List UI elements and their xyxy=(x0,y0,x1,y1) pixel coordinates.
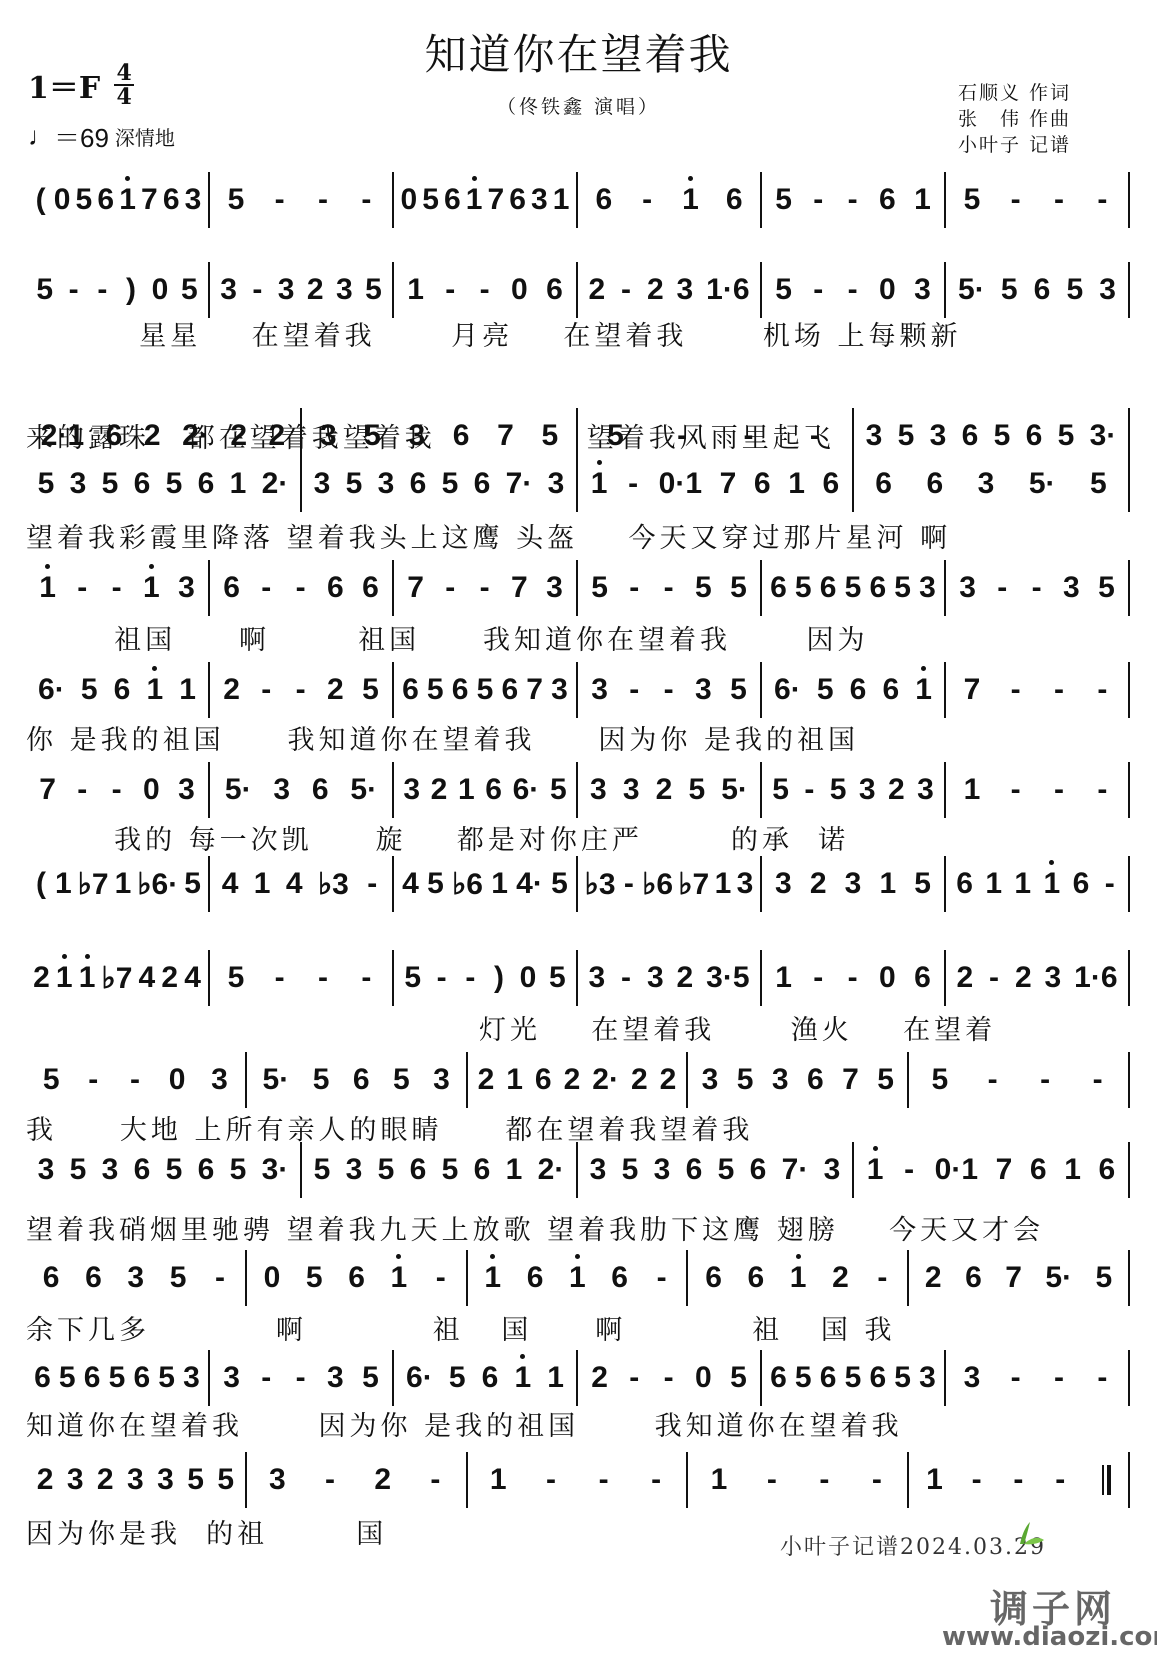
note: 7 xyxy=(996,1153,1013,1187)
note: - xyxy=(543,1463,559,1497)
note: ♭3 xyxy=(318,867,349,902)
note: - xyxy=(618,961,634,995)
note: 2 xyxy=(925,1261,942,1295)
note: - xyxy=(639,183,655,217)
note: - xyxy=(1008,773,1024,807)
note: 5 xyxy=(551,867,568,901)
note: 3 xyxy=(959,571,976,605)
measure: 353675 xyxy=(686,1052,907,1108)
note: 3 xyxy=(127,1261,144,1295)
note: 6· xyxy=(406,1361,433,1395)
note: 1 xyxy=(788,467,805,501)
note: 3 xyxy=(185,183,202,217)
note: 5 xyxy=(38,467,55,501)
note: 5 xyxy=(1096,1261,1113,1295)
lyric-line: 望着我彩霞里降落 望着我头上这鹰 头盔 今天又穿过那片星河 啊 xyxy=(26,516,1130,555)
measure: 6·5611 xyxy=(26,662,208,718)
note: - xyxy=(816,1463,832,1497)
note: 5 xyxy=(550,773,567,807)
note: 5 xyxy=(737,1063,754,1097)
note: 3 xyxy=(647,961,664,995)
note: - xyxy=(626,1361,642,1395)
note: - xyxy=(258,673,274,707)
note: 6 xyxy=(879,183,896,217)
note: - xyxy=(258,571,274,605)
note: 1 xyxy=(146,673,163,707)
lyricist: 石顺义 作词 xyxy=(958,80,1071,106)
note: 0·1 xyxy=(935,1153,978,1187)
measure: 32166·5 xyxy=(392,762,576,818)
note: ) xyxy=(491,961,507,995)
measure: 5·5653 xyxy=(944,262,1130,318)
note: - xyxy=(845,273,861,307)
note: 1 xyxy=(514,1361,531,1395)
note: 6 xyxy=(926,467,943,501)
note: 6 xyxy=(501,673,518,707)
note: 6 xyxy=(353,1063,370,1097)
note: 5 xyxy=(365,273,382,307)
measure: 6635- xyxy=(26,1250,245,1306)
note: 5 xyxy=(830,773,847,807)
measure: 2--05 xyxy=(576,1350,760,1406)
note: 6 xyxy=(882,673,899,707)
note: 1 xyxy=(790,1261,807,1295)
note: 6 xyxy=(348,1261,365,1295)
note: 1 xyxy=(506,1153,523,1187)
note: 2 xyxy=(564,1063,581,1097)
note: - xyxy=(845,183,861,217)
note: 5 xyxy=(166,467,183,501)
measure: 5-5323 xyxy=(760,762,944,818)
note: - xyxy=(427,1463,443,1497)
note: 5 xyxy=(228,961,245,995)
note: 1 xyxy=(1044,867,1061,901)
note: 1 xyxy=(458,773,475,807)
note: 5 xyxy=(795,1361,812,1395)
measure: 5--03 xyxy=(760,262,944,318)
note: - xyxy=(442,571,458,605)
note: - xyxy=(1008,183,1024,217)
note: - xyxy=(477,571,493,605)
note: 3 xyxy=(346,1153,363,1187)
note: - xyxy=(661,1361,677,1395)
measure: 2-231·6 xyxy=(576,262,760,318)
note: 7 xyxy=(488,183,505,217)
note: 6 xyxy=(965,1261,982,1295)
note: 1 xyxy=(56,961,73,995)
note: 5· xyxy=(225,773,252,807)
note: 5 xyxy=(772,773,789,807)
note: 3 xyxy=(737,867,754,901)
measure: 2-231·6 xyxy=(944,950,1130,1006)
note: 1·6 xyxy=(706,273,749,307)
note: 6 xyxy=(34,1361,51,1395)
note: 2 xyxy=(327,673,344,707)
note: 0 xyxy=(54,183,71,217)
note: 6 xyxy=(850,673,867,707)
note: 5 xyxy=(442,467,459,501)
note: 0 xyxy=(401,183,418,217)
note: - xyxy=(810,183,826,217)
note: - xyxy=(74,571,90,605)
measure: 2323355 xyxy=(26,1452,245,1508)
measure: 5--)05 xyxy=(392,950,576,1006)
measure: 6565673 xyxy=(392,662,576,718)
note: - xyxy=(1094,1361,1110,1395)
note: 2 xyxy=(591,1361,608,1395)
note: 5 xyxy=(477,673,494,707)
note: 6 xyxy=(410,467,427,501)
lyric-line: 知道你在望着我 因为你 是我的祖国 我知道你在望着我 xyxy=(26,1404,1130,1443)
note: 3 xyxy=(38,1153,55,1187)
note: 5· xyxy=(350,773,377,807)
note: 6· xyxy=(513,773,540,807)
note: - xyxy=(315,183,331,217)
measure: 3--35 xyxy=(944,560,1130,616)
measure: 45♭614·5 xyxy=(392,856,576,912)
note: 2 xyxy=(33,961,50,995)
note: 1 xyxy=(506,1063,523,1097)
note: 3 xyxy=(591,673,608,707)
note: 3 xyxy=(695,673,712,707)
note: 3 xyxy=(1063,571,1080,605)
lyric-line: 我的 每一次凯 旋 都是对你庄严 的承 诺 xyxy=(26,818,1130,857)
measure: (1♭71♭6·5 xyxy=(26,856,208,912)
score-row: 23233553-2-1---1---1--- xyxy=(26,1452,1130,1508)
note: 5 xyxy=(730,571,747,605)
note: - xyxy=(322,1463,338,1497)
lyric-line: 星星 在望着我 月亮 在望着我 机场 上每颗新 xyxy=(26,314,1130,353)
note: ♭3 xyxy=(585,867,616,902)
note: 7 xyxy=(720,467,737,501)
song-title: 知道你在望着我 xyxy=(0,22,1157,82)
note: 7 xyxy=(1005,1261,1022,1295)
measure: 5--03 xyxy=(26,1052,245,1108)
measure: 5·5653 xyxy=(245,1052,466,1108)
measure: 32315 xyxy=(760,856,944,912)
note: 1 xyxy=(711,1463,728,1497)
note: 6 xyxy=(97,183,114,217)
measure: 6635·5 xyxy=(852,456,1130,512)
note: 1 xyxy=(230,467,247,501)
note: 6 xyxy=(869,1361,886,1395)
note: - xyxy=(212,1261,228,1295)
note: 6 xyxy=(1073,867,1090,901)
lyric-line: 来的露珠 都在望着我望着我 望着我风雨里起飞 xyxy=(26,416,1130,455)
note: - xyxy=(1008,1361,1024,1395)
note: 3 xyxy=(917,773,934,807)
note: 1 xyxy=(569,1261,586,1295)
note: 3 xyxy=(70,467,87,501)
note: 7 xyxy=(407,571,424,605)
score-row: 65656533--356·56112--0565656533--- xyxy=(26,1350,1130,1406)
lyric-line: 灯光 在望着我 渔火 在望着 xyxy=(26,1008,1130,1047)
note: - xyxy=(1051,773,1067,807)
note: 5 xyxy=(718,1153,735,1187)
measure: 21622·22 xyxy=(466,1052,687,1108)
note: 1 xyxy=(985,867,1002,901)
note: - xyxy=(364,867,380,901)
note: 4 xyxy=(139,961,156,995)
note: 3 xyxy=(178,773,195,807)
note: 6 xyxy=(1030,1153,1047,1187)
note: ) xyxy=(123,273,139,307)
key-label: 1＝F xyxy=(28,63,100,107)
measure: ♭3-♭6♭713 xyxy=(576,856,760,912)
note: 7 xyxy=(511,571,528,605)
note: 5 xyxy=(442,1153,459,1187)
note: 5 xyxy=(817,673,834,707)
note: 1 xyxy=(254,867,271,901)
note: 5 xyxy=(1098,571,1115,605)
score-row: 7--035·365·32166·533255·5-53231--- xyxy=(26,762,1130,818)
measure: 1--13 xyxy=(26,560,208,616)
composer: 张 伟 作曲 xyxy=(958,106,1071,132)
note: 5 xyxy=(362,673,379,707)
score-row: 35365653·53565612·3536567·31-0·17616 xyxy=(26,1142,1130,1198)
note: - xyxy=(293,571,309,605)
lyric-line: 望着我硝烟里驰骋 望着我九天上放歌 望着我肋下这鹰 翅膀 今天又才会 xyxy=(26,1208,1130,1247)
score-row: (1♭71♭6·5414♭3-45♭614·5♭3-♭6♭71332315611… xyxy=(26,856,1130,912)
note: 6 xyxy=(546,273,563,307)
note: 6 xyxy=(914,961,931,995)
leaf-icon xyxy=(1018,1522,1044,1546)
note: - xyxy=(1094,773,1110,807)
note: 2 xyxy=(223,673,240,707)
note: 5 xyxy=(166,1153,183,1187)
measure: 414♭3- xyxy=(208,856,392,912)
note: - xyxy=(845,961,861,995)
note: 3 xyxy=(178,571,195,605)
lyric-line: 祖国 啊 祖国 我知道你在望着我 因为 xyxy=(26,618,1130,657)
measure: 3536567·3 xyxy=(576,1142,852,1198)
note: 1 xyxy=(491,867,508,901)
note: - xyxy=(626,571,642,605)
note: 1 xyxy=(55,867,72,901)
note: 6 xyxy=(474,1153,491,1187)
note: 6 xyxy=(223,571,240,605)
time-denominator: 4 xyxy=(117,86,132,108)
measure: 1--06 xyxy=(760,950,944,1006)
note: 7 xyxy=(964,673,981,707)
measure: 3-3235 xyxy=(208,262,392,318)
note: - xyxy=(764,1463,780,1497)
note: 3 xyxy=(1099,273,1116,307)
note: 5 xyxy=(427,867,444,901)
note: 5 xyxy=(184,867,201,901)
note: 7· xyxy=(506,467,533,501)
note: 1 xyxy=(867,1153,884,1187)
measure: 6612- xyxy=(686,1250,907,1306)
note: 3 xyxy=(677,273,694,307)
note: 5 xyxy=(306,1261,323,1295)
note: 5 xyxy=(695,571,712,605)
note: 5 xyxy=(894,1361,911,1395)
measure: 1--06 xyxy=(392,262,576,318)
measure: 6565653 xyxy=(760,1350,944,1406)
note: - xyxy=(442,273,458,307)
note: 6 xyxy=(820,1361,837,1395)
note: - xyxy=(1010,1463,1026,1497)
measure: 5·365· xyxy=(208,762,392,818)
transcriber-signature: 小叶子记谱2024.03.29 xyxy=(780,1530,1046,1561)
measure: 61116- xyxy=(944,856,1130,912)
note: 1 xyxy=(879,867,896,901)
note: ♭7 xyxy=(678,867,709,902)
note: - xyxy=(358,961,374,995)
note: 5 xyxy=(931,1063,948,1097)
note: 5 xyxy=(894,571,911,605)
measure: 5--55 xyxy=(576,560,760,616)
measure: 3--35 xyxy=(208,1350,392,1406)
note: 6 xyxy=(85,1261,102,1295)
note: 6 xyxy=(114,673,131,707)
credits: 石顺义 作词 张 伟 作曲 小叶子 记谱 xyxy=(958,80,1071,158)
note: 6 xyxy=(956,867,973,901)
note: 3 xyxy=(919,571,936,605)
note: - xyxy=(869,1463,885,1497)
note: 5 xyxy=(314,1153,331,1187)
note: - xyxy=(661,571,677,605)
note: - xyxy=(986,961,1002,995)
note: 1 xyxy=(79,961,96,995)
note: - xyxy=(109,773,125,807)
note: 6 xyxy=(198,467,215,501)
note: 3 xyxy=(67,1463,84,1497)
measure: 3--35 xyxy=(576,662,760,718)
note: 5· xyxy=(1029,467,1056,501)
note: 6 xyxy=(535,1063,552,1097)
note: - xyxy=(1102,867,1118,901)
note: 6 xyxy=(1098,1153,1115,1187)
note: 3 xyxy=(623,773,640,807)
note: 1 xyxy=(1064,1153,1081,1187)
measure: 7--03 xyxy=(26,762,208,818)
measure: 3--- xyxy=(944,1350,1130,1406)
note: 6 xyxy=(705,1261,722,1295)
measure: 5--- xyxy=(907,1052,1130,1108)
measure: 1-0·17616 xyxy=(576,456,852,512)
note: 2 xyxy=(37,1463,54,1497)
final-barline xyxy=(1102,1465,1111,1495)
note: 2 xyxy=(631,1063,648,1097)
note: - xyxy=(1029,571,1045,605)
note: 1·6 xyxy=(1074,961,1117,995)
note: 3 xyxy=(654,1153,671,1187)
note: 1 xyxy=(143,571,160,605)
note: - xyxy=(1051,1361,1067,1395)
note: 3 xyxy=(590,1153,607,1187)
score-row: 6635-0561-1616-6612-2675·5 xyxy=(26,1250,1130,1306)
note: 2· xyxy=(538,1153,565,1187)
measure: 6--66 xyxy=(208,560,392,616)
measure: 6·5611 xyxy=(392,1350,576,1406)
note: 5 xyxy=(187,1463,204,1497)
note: 0 xyxy=(143,773,160,807)
expression-mark: 深情地 xyxy=(115,122,175,151)
note: 5 xyxy=(393,1063,410,1097)
note: 3 xyxy=(919,1361,936,1395)
note: 5 xyxy=(378,1153,395,1187)
note: - xyxy=(85,1063,101,1097)
note: - xyxy=(462,961,478,995)
note: 5 xyxy=(914,867,931,901)
measure: 1616- xyxy=(466,1250,687,1306)
note: 4 xyxy=(286,867,303,901)
note: 5 xyxy=(422,183,439,217)
note: 1 xyxy=(490,1463,507,1497)
note: 5 xyxy=(964,183,981,217)
note: 2 xyxy=(956,961,973,995)
note: 2· xyxy=(592,1063,619,1097)
note: - xyxy=(272,183,288,217)
note: - xyxy=(969,1463,985,1497)
measure: 6-16 xyxy=(576,172,760,228)
note: - xyxy=(901,1153,917,1187)
note: 5 xyxy=(1090,467,1107,501)
note: - xyxy=(434,961,450,995)
note: 3 xyxy=(269,1463,286,1497)
note: - xyxy=(661,673,677,707)
note: ♭6 xyxy=(452,867,483,902)
note: 3 xyxy=(183,1361,200,1395)
note: 2 xyxy=(588,273,605,307)
note: 5· xyxy=(958,273,985,307)
note: 3 xyxy=(102,1153,119,1187)
note: 5 xyxy=(622,1153,639,1187)
note: 3 xyxy=(336,273,353,307)
note: 6 xyxy=(807,1063,824,1097)
note: 6 xyxy=(444,183,461,217)
note: 5 xyxy=(76,183,93,217)
note: 3 xyxy=(845,867,862,901)
note: 3 xyxy=(702,1063,719,1097)
measure: 5--61 xyxy=(760,172,944,228)
score-row: 6·56112--2565656733--356·56617--- xyxy=(26,662,1130,718)
note: 7 xyxy=(842,1063,859,1097)
note: 6 xyxy=(84,1361,101,1395)
measure: 35365653· xyxy=(26,1142,300,1198)
note: 5 xyxy=(70,1153,87,1187)
key-signature: 1＝F 4 4 xyxy=(28,62,134,108)
note: - xyxy=(1090,1063,1106,1097)
note: - xyxy=(801,773,817,807)
note: 7 xyxy=(141,183,158,217)
note: 6 xyxy=(750,1153,767,1187)
measure: 6565653 xyxy=(760,560,944,616)
note: 5 xyxy=(549,961,566,995)
note: - xyxy=(874,1261,890,1295)
note: - xyxy=(625,467,641,501)
note: 1 xyxy=(466,183,483,217)
note: 6 xyxy=(362,571,379,605)
note: 3 xyxy=(548,467,565,501)
measure: 33255· xyxy=(576,762,760,818)
note: 3 xyxy=(211,1063,228,1097)
measure: 53565612· xyxy=(300,1142,576,1198)
note: 3·5 xyxy=(706,961,749,995)
note: 6 xyxy=(509,183,526,217)
note: - xyxy=(66,273,82,307)
note: - xyxy=(810,273,826,307)
note: 2 xyxy=(161,961,178,995)
note: - xyxy=(358,183,374,217)
note: 5 xyxy=(845,571,862,605)
measure: 7--73 xyxy=(392,560,576,616)
note: 2 xyxy=(97,1463,114,1497)
note: 1 xyxy=(591,467,608,501)
measure: 53565612· xyxy=(26,456,300,512)
